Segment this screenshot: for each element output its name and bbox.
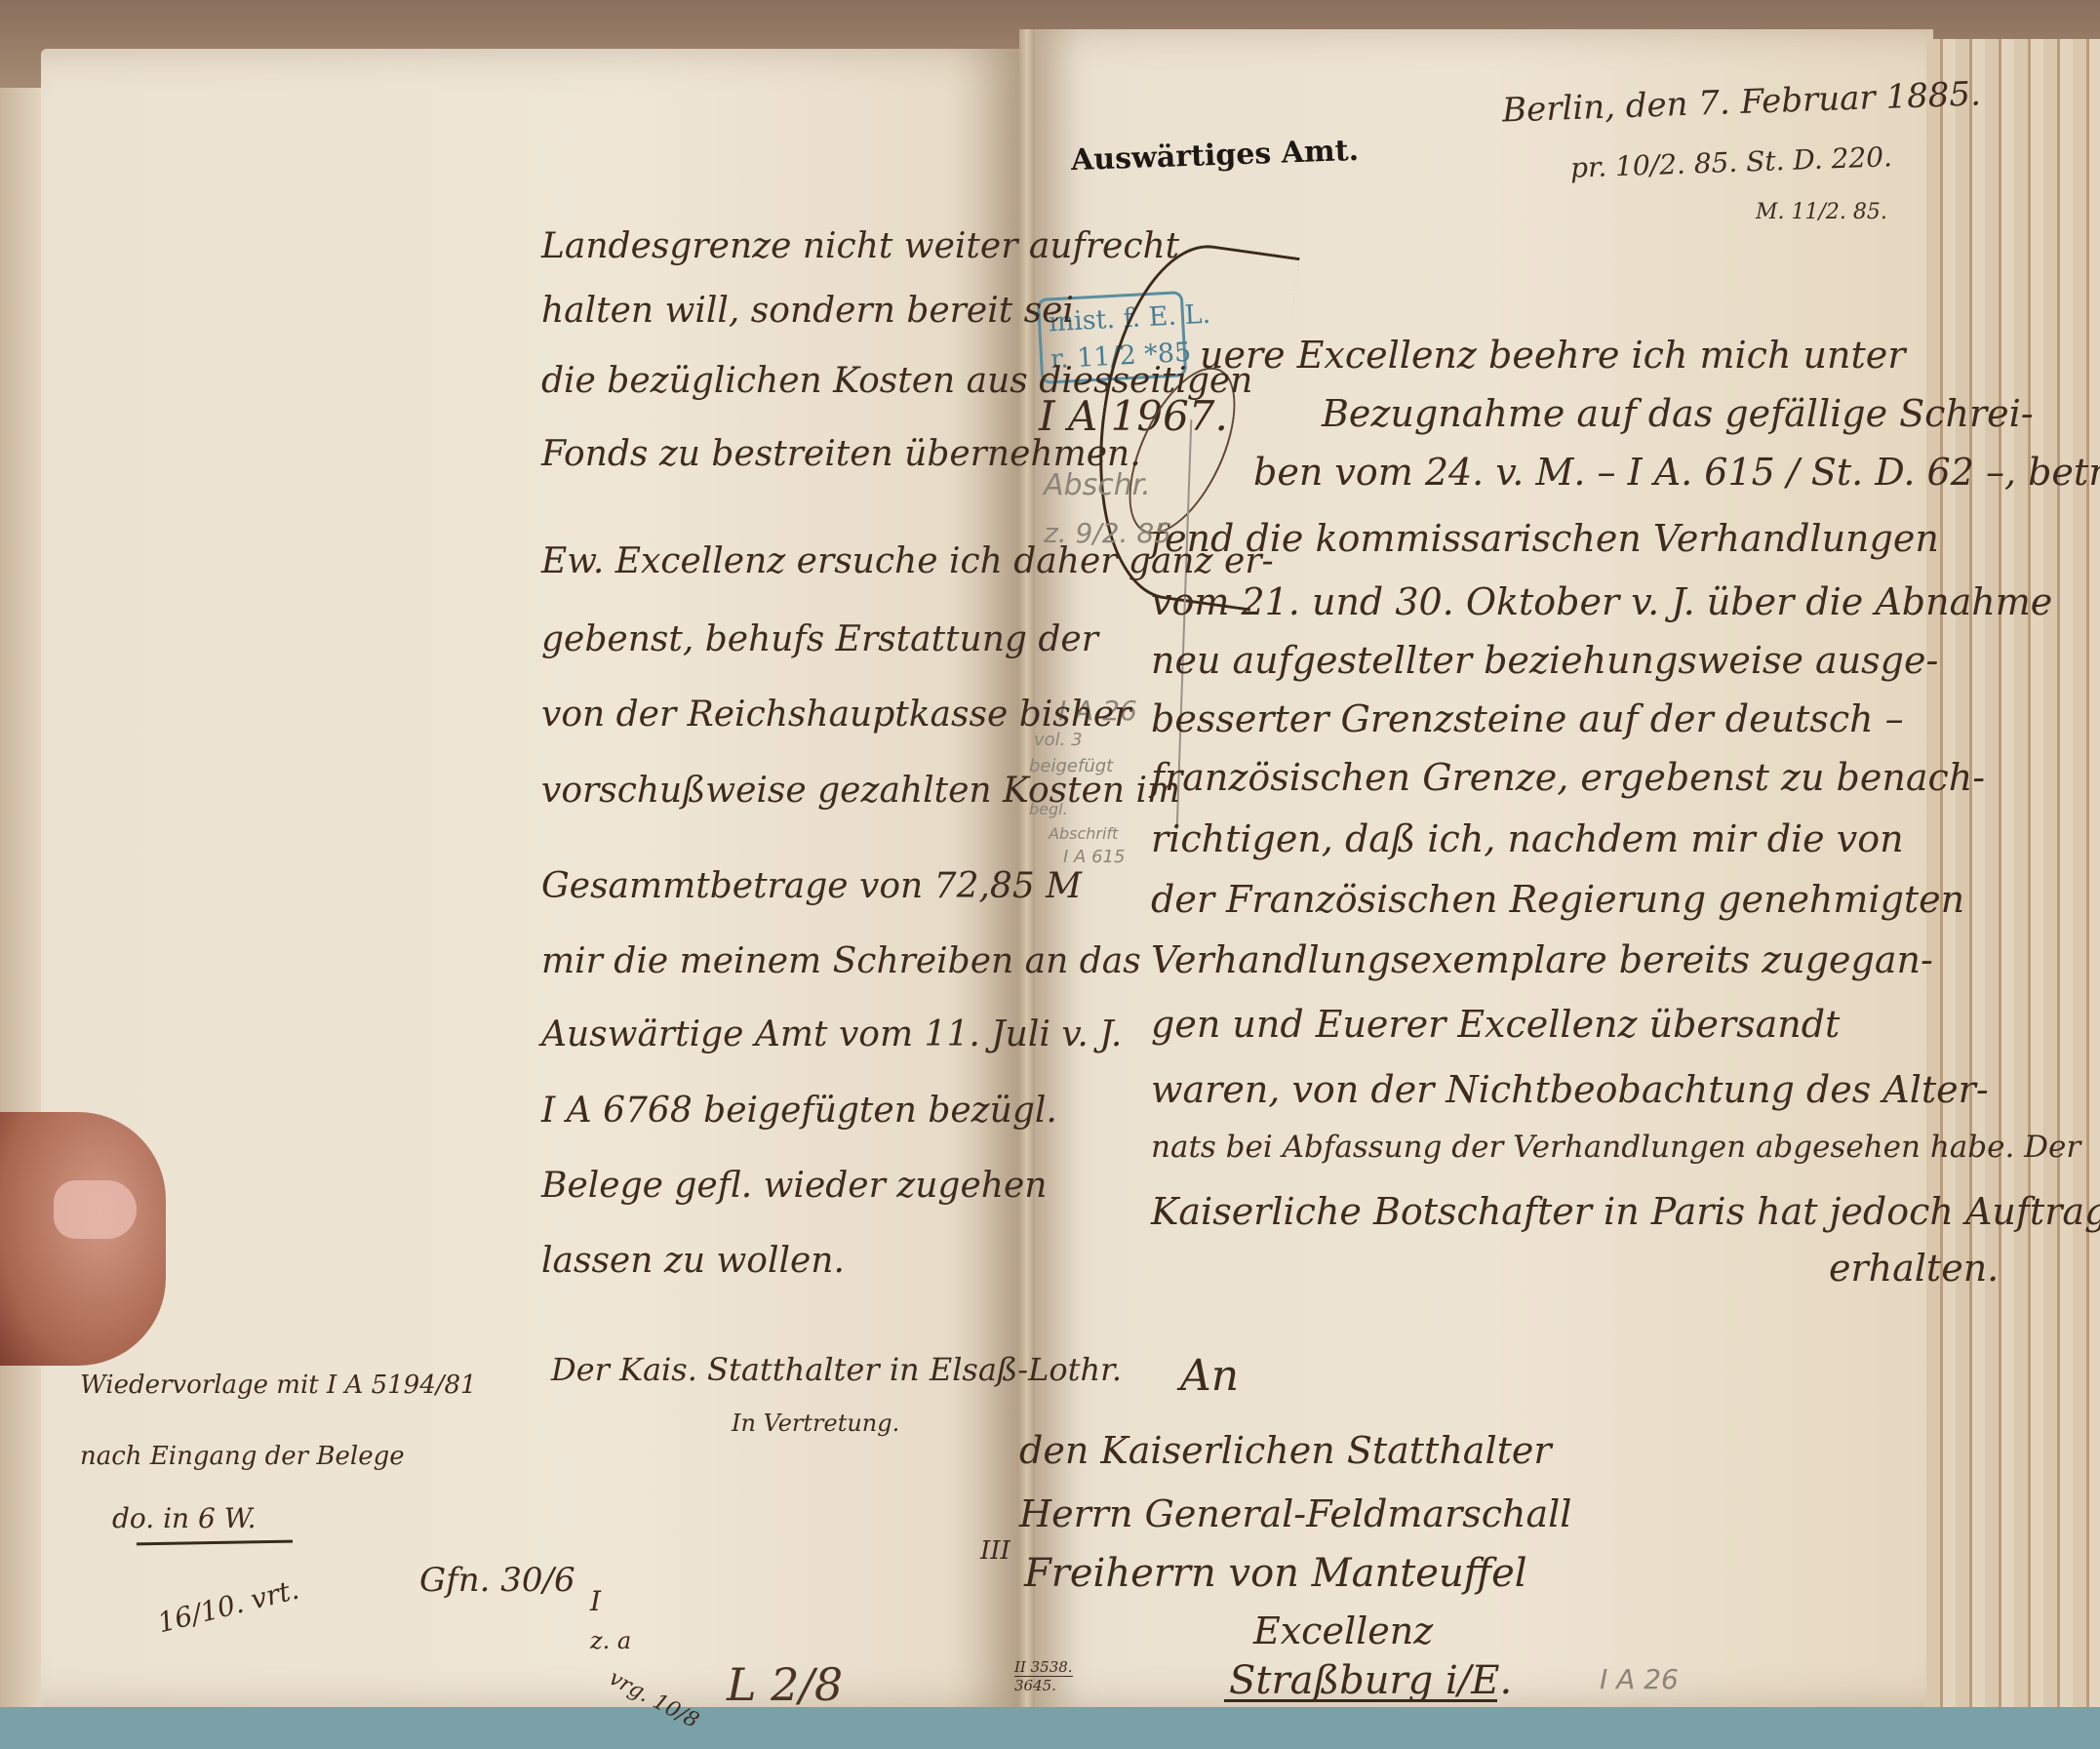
body-line: Ew. Excellenz ersuche ich daher ganz er- <box>541 541 1274 581</box>
body-line: lassen zu wollen. <box>541 1241 845 1281</box>
address-line: den Kaiserlichen Statthalter <box>1019 1429 1552 1472</box>
body-line: neu aufgestellter beziehungsweise ausge- <box>1151 639 1938 682</box>
roman-marker: III <box>980 1536 1010 1566</box>
body-line: mir die meinem Schreiben an das <box>541 941 1141 981</box>
body-line: richtigen, daß ich, nachdem mir die von <box>1151 817 1904 860</box>
body-line: vorschußweise gezahlten Kosten im <box>541 771 1180 811</box>
body-line: nats bei Abfassung der Verhandlungen abg… <box>1151 1130 2080 1165</box>
address-line: Straßburg i/E. <box>1229 1658 1512 1703</box>
body-line: Gesammtbetrage von 72,85 M <box>541 866 1082 906</box>
body-line: vom 21. und 30. Oktober v. J. über die A… <box>1151 580 2052 623</box>
roman-mark: I <box>590 1585 601 1617</box>
note-a: z. a <box>590 1627 631 1654</box>
bottom-note: I A 26 <box>1600 1663 1679 1695</box>
page-edge-left <box>0 88 47 1707</box>
margin-pencil-note: I A 615 <box>1063 847 1125 867</box>
paraph: L 2/8 <box>727 1658 843 1711</box>
registry-reference: M. 11/2. 85. <box>1756 200 1887 224</box>
thumbnail-nail <box>54 1180 137 1239</box>
body-line: erhalten. <box>1829 1247 1999 1290</box>
address-line: Herrn General-Feldmarschall <box>1019 1492 1571 1535</box>
address-underline <box>1224 1699 1497 1702</box>
body-line: die bezüglichen Kosten aus diesseitigen <box>541 361 1252 401</box>
body-line: Kaiserliche Botschafter in Paris hat jed… <box>1151 1190 2100 1233</box>
body-line: Verhandlungsexemplare bereits zugegan- <box>1151 938 1933 981</box>
margin-note-line: nach Eingang der Belege <box>80 1442 405 1471</box>
body-line: I A 6768 beigefügten bezügl. <box>541 1091 1057 1131</box>
body-line: halten will, sondern bereit sei <box>541 291 1074 331</box>
signature: Der Kais. Statthalter in Elsaß-Lothr. <box>551 1351 1122 1388</box>
body-line: besserter Grenzsteine auf der deutsch – <box>1151 697 1904 740</box>
signature-sub: In Vertretung. <box>732 1410 899 1437</box>
body-line: Auswärtige Amt vom 11. Juli v. J. <box>541 1014 1122 1054</box>
body-line: französischen Grenze, ergebenst zu benac… <box>1151 756 1985 799</box>
body-line: gen und Euerer Excellenz übersandt <box>1151 1003 1840 1046</box>
body-line: Fonds zu bestreiten übernehmen. <box>541 434 1141 474</box>
body-line: uere Excellenz beehre ich mich unter <box>1200 334 1905 377</box>
body-line: ben vom 24. v. M. – I A. 615 / St. D. 62… <box>1253 451 2100 494</box>
initials-mark: Gfn. 30/6 <box>419 1561 575 1600</box>
body-line: von der Reichshauptkasse bisher <box>541 695 1130 735</box>
body-line: waren, von der Nichtbeobachtung des Alte… <box>1151 1068 1989 1111</box>
salutation: An <box>1180 1351 1239 1401</box>
page-stack-edge <box>1926 39 2100 1707</box>
address-line: Freiherrn von Manteuffel <box>1024 1551 1527 1596</box>
margin-pencil-note: Abschrift <box>1049 824 1118 843</box>
margin-note-line: Wiedervorlage mit I A 5194/81 <box>80 1371 477 1400</box>
margin-note-line: do. in 6 W. <box>112 1502 256 1534</box>
body-line: gebenst, behufs Erstattung der <box>541 619 1098 659</box>
body-line: Landesgrenze nicht weiter aufrecht <box>541 226 1179 266</box>
thumb <box>0 1112 166 1366</box>
body-line: der Französischen Regierung genehmigten <box>1151 878 1964 921</box>
address-line: Excellenz <box>1253 1610 1433 1652</box>
body-line: Belege gefl. wieder zugehen <box>541 1166 1047 1206</box>
body-line: Bezugnahme auf das gefällige Schrei- <box>1322 392 2034 435</box>
bottom-fraction: II 3538. 3645. <box>1014 1658 1073 1694</box>
